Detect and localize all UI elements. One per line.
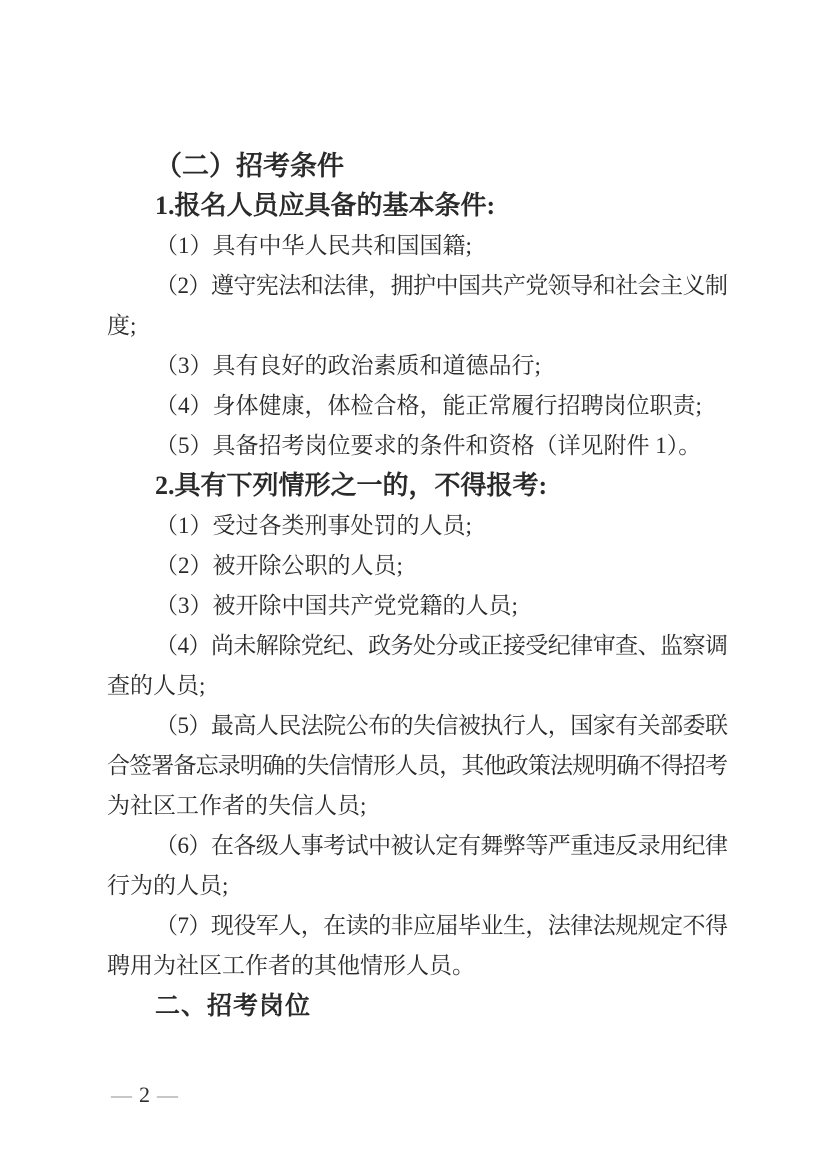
- heading-line: （二）招考条件: [107, 146, 727, 186]
- text-line: （7）现役军人，在读的非应届毕业生，法律法规规定不得: [107, 906, 727, 946]
- text-line: （2）被开除公职的人员;: [107, 546, 727, 586]
- page-number: 2: [139, 1082, 150, 1108]
- text-line: （5）具备招考岗位要求的条件和资格（详见附件 1）。: [107, 426, 727, 466]
- heading-line: 二、招考岗位: [107, 986, 727, 1026]
- document-page: （二）招考条件1.报名人员应具备的基本条件:（1）具有中华人民共和国国籍;（2）…: [0, 0, 826, 1169]
- text-line: 合签署备忘录明确的失信情形人员，其他政策法规明确不得招考: [107, 746, 727, 786]
- text-line: 行为的人员;: [107, 866, 727, 906]
- page-number-footer: — 2 —: [111, 1082, 178, 1108]
- text-line: （2）遵守宪法和法律，拥护中国共产党领导和社会主义制: [107, 266, 727, 306]
- text-line: 聘用为社区工作者的其他情形人员。: [107, 946, 727, 986]
- text-line: （3）具有良好的政治素质和道德品行;: [107, 346, 727, 386]
- footer-dash-right: —: [157, 1083, 178, 1108]
- text-line: （5）最高人民法院公布的失信被执行人，国家有关部委联: [107, 706, 727, 746]
- document-body: （二）招考条件1.报名人员应具备的基本条件:（1）具有中华人民共和国国籍;（2）…: [107, 146, 727, 1026]
- text-line: （3）被开除中国共产党党籍的人员;: [107, 586, 727, 626]
- text-line: （4）身体健康，体检合格，能正常履行招聘岗位职责;: [107, 386, 727, 426]
- text-line: （1）受过各类刑事处罚的人员;: [107, 506, 727, 546]
- text-line: 度;: [107, 306, 727, 346]
- text-line: （4）尚未解除党纪、政务处分或正接受纪律审查、监察调: [107, 626, 727, 666]
- heading-line: 1.报名人员应具备的基本条件:: [107, 186, 727, 226]
- text-line: （1）具有中华人民共和国国籍;: [107, 226, 727, 266]
- heading-line: 2.具有下列情形之一的，不得报考:: [107, 466, 727, 506]
- text-line: 为社区工作者的失信人员;: [107, 786, 727, 826]
- text-line: （6）在各级人事考试中被认定有舞弊等严重违反录用纪律: [107, 826, 727, 866]
- text-line: 查的人员;: [107, 666, 727, 706]
- footer-dash-left: —: [111, 1083, 132, 1108]
